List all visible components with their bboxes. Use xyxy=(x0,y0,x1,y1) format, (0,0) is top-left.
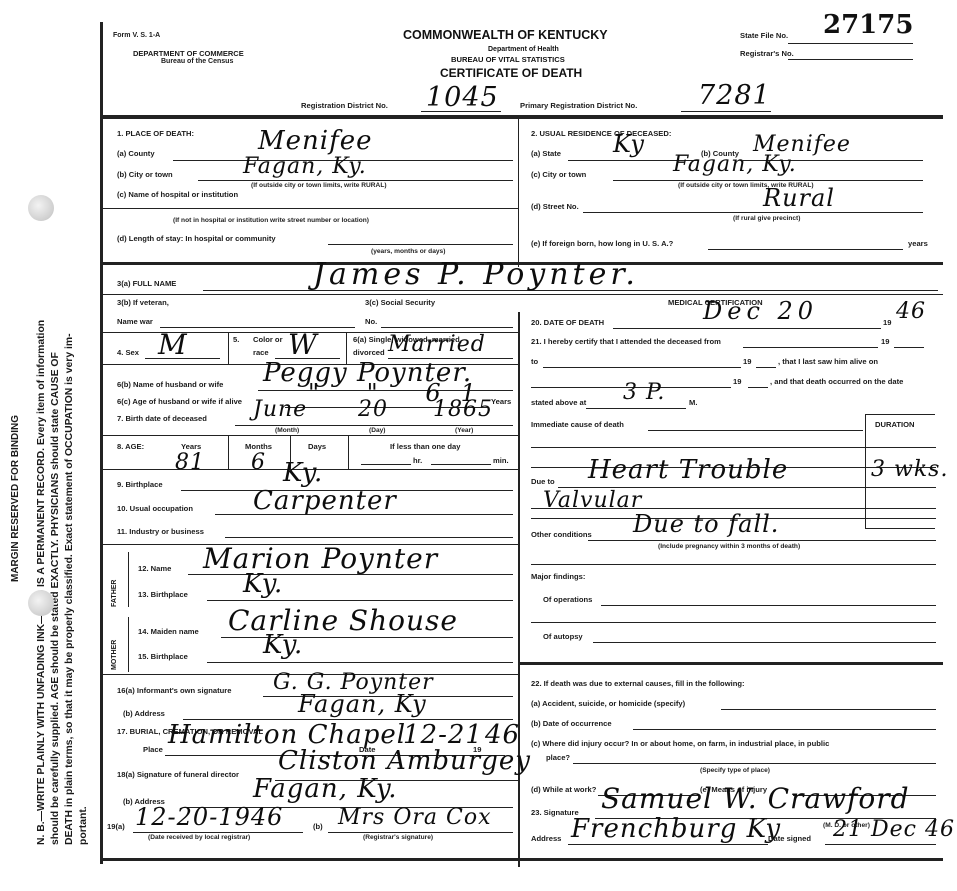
birth-month-value[interactable]: June xyxy=(253,397,307,422)
occupation-value[interactable]: Carpenter xyxy=(253,486,397,516)
binding-note: MARGIN RESERVED FOR BINDING xyxy=(10,415,21,582)
birth-year-value[interactable]: 1865 xyxy=(433,397,493,422)
funeral-director-value[interactable]: Cliston Amburgey xyxy=(278,746,531,776)
spouse-age-label: 6(c) Age of husband or wife if alive xyxy=(117,397,242,406)
operations-label: Of operations xyxy=(543,595,592,604)
death-year-value[interactable]: 46 xyxy=(896,299,926,324)
date-signed-value[interactable]: 21 Dec 46 xyxy=(833,817,955,842)
instructions-line-1: N. B.—WRITE PLAINLY WITH UNFADING INK—TH… xyxy=(36,320,47,845)
burial-place-label: Place xyxy=(143,745,163,754)
injury-place-label: (c) Where did injury occur? In or about … xyxy=(531,739,829,748)
full-name-label: 3(a) FULL NAME xyxy=(117,279,176,288)
birth-day-caption: (Day) xyxy=(369,427,386,434)
informant-address-value[interactable]: Fagan, Ky xyxy=(298,690,427,718)
bureau-vital: BUREAU OF VITAL STATISTICS xyxy=(451,55,565,64)
mother-birthplace-value[interactable]: Ky. xyxy=(263,630,303,660)
accident-type-label: (a) Accident, suicide, or homicide (spec… xyxy=(531,699,685,708)
name-war-label: Name war xyxy=(117,317,153,326)
major-findings-label: Major findings: xyxy=(531,572,585,581)
birth-date-label: 7. Birth date of deceased xyxy=(117,414,207,423)
primary-registration-label: Primary Registration District No. xyxy=(520,101,637,110)
binding-hole-icon xyxy=(28,590,54,616)
sex-value[interactable]: M xyxy=(158,328,188,361)
due-to-secondary-value[interactable]: Valvular xyxy=(543,488,642,513)
father-name-value[interactable]: Marion Poynter xyxy=(203,542,438,575)
bureau-name: Bureau of the Census xyxy=(161,58,233,65)
father-birthplace-label: 13. Birthplace xyxy=(138,590,188,599)
birthplace-value[interactable]: Ky. xyxy=(283,458,323,488)
death-city-note: (If outside city or town limits, write R… xyxy=(251,182,387,189)
binding-hole-icon xyxy=(28,195,54,221)
hospital-note: (If not in hospital or institution write… xyxy=(173,217,369,224)
death-city-label: (b) City or town xyxy=(117,170,173,179)
industry-label: 11. Industry or business xyxy=(117,527,204,536)
sex-label: 4. Sex xyxy=(117,348,139,357)
race-value[interactable]: W xyxy=(288,328,318,361)
immediate-cause-label: Immediate cause of death xyxy=(531,420,624,429)
birthplace-label: 9. Birthplace xyxy=(117,480,163,489)
race-label: race xyxy=(253,348,269,357)
certify-19b: 19 xyxy=(743,357,751,366)
mother-maiden-name-label: 14. Maiden name xyxy=(138,627,199,636)
mother-birthplace-label: 15. Birthplace xyxy=(138,652,188,661)
age-months-value[interactable]: 6 xyxy=(251,450,266,475)
age-days-label: Days xyxy=(308,442,326,451)
registrar-signature-caption: (Registrar's signature) xyxy=(363,834,433,841)
residence-state-value[interactable]: Ky xyxy=(613,130,645,158)
residence-city-value[interactable]: Fagan, Ky. xyxy=(673,152,797,177)
department-health: Department of Health xyxy=(488,46,559,53)
foreign-born-unit: years xyxy=(908,239,928,248)
instructions-line-3: DEATH in plain terms, so that it may be … xyxy=(64,333,75,845)
form-number: Form V. S. 1-A xyxy=(113,32,160,39)
death-certificate: Form V. S. 1-A DEPARTMENT OF COMMERCE Bu… xyxy=(100,22,943,864)
divorced-label: divorced xyxy=(353,348,385,357)
ssn-no-label: No. xyxy=(365,317,377,326)
external-causes-heading: 22. If death was due to external causes,… xyxy=(531,679,745,688)
department-name: DEPARTMENT OF COMMERCE xyxy=(133,49,244,58)
other-conditions-note: (Include pregnancy within 3 months of de… xyxy=(658,543,800,550)
certify-19c: 19 xyxy=(733,377,741,386)
father-tag: FATHER xyxy=(111,580,118,607)
due-to-value[interactable]: Heart Trouble xyxy=(588,455,788,485)
death-city-value[interactable]: Fagan, Ky. xyxy=(243,154,367,179)
age-min-label: min. xyxy=(493,456,509,465)
stated-time-value[interactable]: 3 P. xyxy=(623,380,665,405)
stated-above-label: stated above at xyxy=(531,398,586,407)
death-date-value[interactable]: Dec 20 xyxy=(703,297,818,325)
street-note: (If rural give precinct) xyxy=(733,215,800,222)
physician-address-label: Address xyxy=(531,834,561,843)
birth-year-caption: (Year) xyxy=(455,427,473,434)
funeral-director-address-value[interactable]: Fagan, Ky. xyxy=(253,774,397,804)
instructions-line-4: portant. xyxy=(78,806,89,845)
color-label: Color or xyxy=(253,335,283,344)
certify-line-1: 21. I hereby certify that I attended the… xyxy=(531,337,721,346)
registration-district-label: Registration District No. xyxy=(301,101,388,110)
veteran-label: 3(b) If veteran, xyxy=(117,298,169,307)
foreign-born-label: (e) If foreign born, how long in U. S. A… xyxy=(531,239,673,248)
age-less-than-day-label: If less than one day xyxy=(390,442,460,451)
death-year-prefix: 19 xyxy=(883,318,891,327)
registrar-no-label: Registrar's No. xyxy=(740,49,794,58)
other-conditions-value[interactable]: Due to fall. xyxy=(633,510,779,538)
registrar-signature-label: (b) xyxy=(313,822,323,831)
length-of-stay-label: (d) Length of stay: In hospital or commu… xyxy=(117,234,276,243)
length-of-stay-note: (years, months or days) xyxy=(371,248,445,255)
hospital-label: (c) Name of hospital or institution xyxy=(117,190,238,199)
father-name-label: 12. Name xyxy=(138,564,171,573)
street-label: (d) Street No. xyxy=(531,202,579,211)
autopsy-label: Of autopsy xyxy=(543,632,583,641)
full-name-value[interactable]: James P. Poynter. xyxy=(313,257,639,292)
due-to-duration-value[interactable]: 3 wks. xyxy=(871,457,948,482)
street-value[interactable]: Rural xyxy=(763,184,835,212)
certify-to-label: to xyxy=(531,357,538,366)
informant-signature-label: 16(a) Informant's own signature xyxy=(117,686,231,695)
certify-line-2-tail: , that I last saw him alive on xyxy=(778,357,878,366)
death-county-label: (a) County xyxy=(117,149,155,158)
registrar-date-label: 19(a) xyxy=(107,822,125,831)
place-of-death-heading: 1. PLACE OF DEATH: xyxy=(117,129,194,138)
certify-line-3-tail: , and that death occurred on the date xyxy=(770,377,903,386)
marital-status-value[interactable]: Married xyxy=(388,332,486,357)
while-at-work-label: (d) While at work? xyxy=(531,785,596,794)
father-birthplace-value[interactable]: Ky. xyxy=(243,569,283,599)
registrar-date-value[interactable]: 12-20-1946 xyxy=(135,803,283,831)
registrar-signature-value[interactable]: Mrs Ora Cox xyxy=(338,805,491,830)
certify-19a: 19 xyxy=(881,337,889,346)
due-to-label: Due to xyxy=(531,477,555,486)
age-label: 8. AGE: xyxy=(117,442,144,451)
death-date-label: 20. DATE OF DEATH xyxy=(531,318,604,327)
spouse-name-label: 6(b) Name of husband or wife xyxy=(117,380,223,389)
duration-label: DURATION xyxy=(875,420,915,429)
birth-month-caption: (Month) xyxy=(275,427,299,434)
state-file-number: 27175 xyxy=(823,10,913,40)
funeral-director-label: 18(a) Signature of funeral director xyxy=(117,770,239,779)
informant-address-label: (b) Address xyxy=(123,709,165,718)
state-file-label: State File No. xyxy=(740,31,788,40)
death-county-value[interactable]: Menifee xyxy=(258,126,372,156)
occupation-label: 10. Usual occupation xyxy=(117,504,193,513)
stated-time-unit: M. xyxy=(689,398,697,407)
certificate-title: CERTIFICATE OF DEATH xyxy=(440,66,582,80)
occurrence-date-label: (b) Date of occurrence xyxy=(531,719,612,728)
physician-address-value[interactable]: Frenchburg Ky xyxy=(571,814,781,844)
color-label-num: 5. xyxy=(233,335,239,344)
other-conditions-label: Other conditions xyxy=(531,530,592,539)
residence-heading: 2. USUAL RESIDENCE OF DECEASED: xyxy=(531,129,671,138)
date-signed-label: Date signed xyxy=(768,834,811,843)
injury-place-note: (Specify type of place) xyxy=(700,767,770,774)
social-security-label: 3(c) Social Security xyxy=(365,298,435,307)
residence-city-label: (c) City or town xyxy=(531,170,586,179)
physician-signature-value[interactable]: Samuel W. Crawford xyxy=(601,782,910,815)
mother-tag: MOTHER xyxy=(111,640,118,670)
age-hr-label: hr. xyxy=(413,456,422,465)
state-title: COMMONWEALTH OF KENTUCKY xyxy=(403,28,608,42)
spouse-age-unit: Years xyxy=(491,397,511,406)
registrar-date-caption: (Date received by local registrar) xyxy=(148,834,250,841)
residence-state-label: (a) State xyxy=(531,149,561,158)
injury-place-label-2: place? xyxy=(546,753,570,762)
age-years-value[interactable]: 81 xyxy=(175,450,205,475)
primary-registration-value: 7281 xyxy=(698,80,771,111)
birth-day-value[interactable]: 20 xyxy=(358,397,388,422)
registration-district-value: 1045 xyxy=(426,82,499,113)
binding-margin: MARGIN RESERVED FOR BINDING N. B.—WRITE … xyxy=(0,0,96,891)
